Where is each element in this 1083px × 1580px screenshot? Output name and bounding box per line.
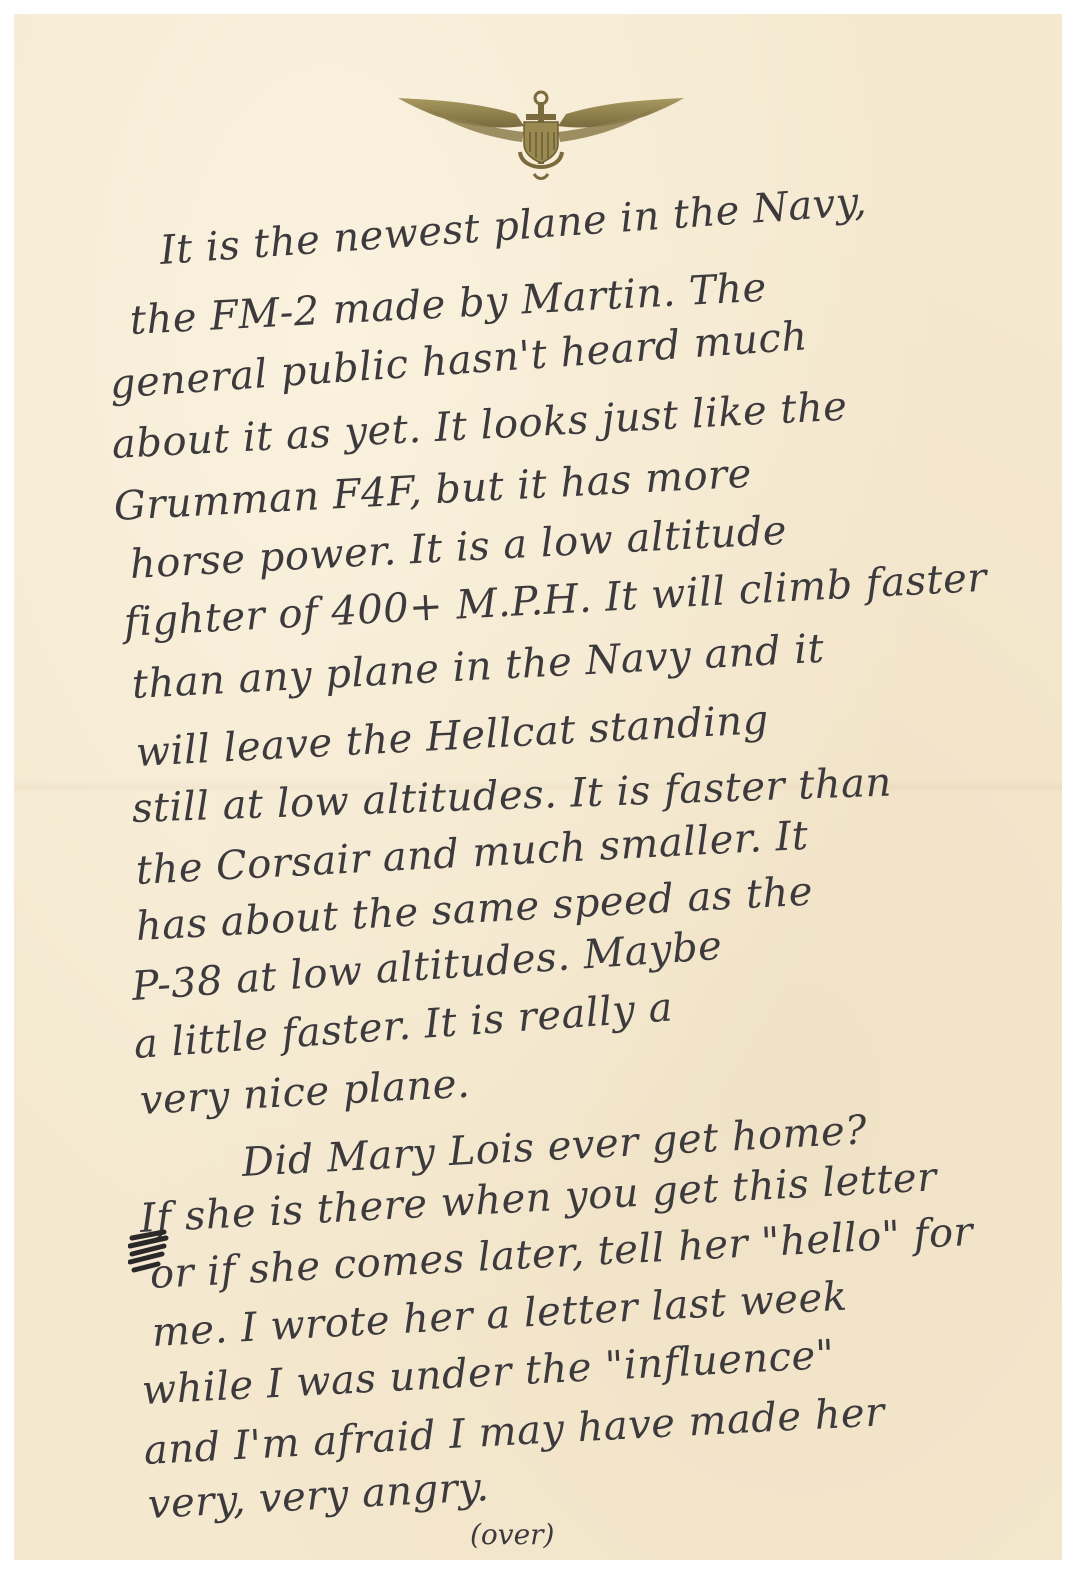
page-footer-over: (over)	[470, 1518, 554, 1551]
ink-scribble-mark	[128, 1228, 170, 1276]
naval-aviator-wings-icon	[396, 86, 686, 182]
